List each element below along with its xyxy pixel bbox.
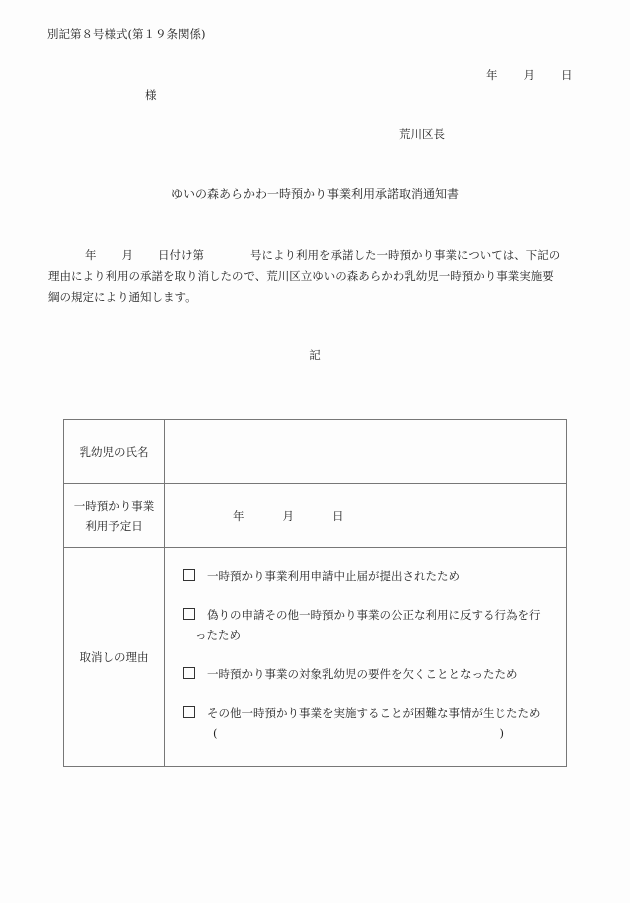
date-month: 月 [524,67,536,83]
date-day: 日 [561,67,573,83]
body-line-3: 綱の規定により通知します。 [48,287,588,308]
reason-option-2[interactable]: 偽りの申請その他一時預かり事業の公正な利用に反する行為を行 ったため [183,605,566,645]
addressee: 様 [145,87,157,103]
ki-heading: 記 [0,347,630,363]
other-reason-field[interactable]: () [183,723,566,743]
reason-option-1[interactable]: 一時預かり事業利用申請中止届が提出されたため [183,566,566,586]
issue-date: 年月日 [486,67,573,83]
checkbox-icon[interactable] [183,608,195,620]
form-table: 乳幼児の氏名 一時預かり事業 利用予定日 年月日 取消しの理由 一時預かり事業利… [63,419,567,767]
body-line-1: 年月日付け第号により利用を承諾した一時預かり事業については、下記の [48,245,588,266]
child-name-field[interactable] [165,420,567,484]
table-row-reason: 取消しの理由 一時預かり事業利用申請中止届が提出されたため 偽りの申請その他一時… [64,548,567,767]
form-number: 別記第８号様式(第１９条関係) [47,26,205,42]
body-line-2: 理由により利用の承諾を取り消したので、荒川区立ゆいの森あらかわ乳幼児一時預かり事… [48,266,588,287]
planned-date-month: 月 [283,508,295,524]
planned-date-day: 日 [332,508,344,524]
date-year: 年 [486,67,498,83]
table-row-child-name: 乳幼児の氏名 [64,420,567,484]
reason-options: 一時預かり事業利用申請中止届が提出されたため 偽りの申請その他一時預かり事業の公… [165,548,567,767]
reason-label: 取消しの理由 [64,548,165,767]
reason-option-3[interactable]: 一時預かり事業の対象乳幼児の要件を欠くこととなったため [183,664,566,684]
checkbox-icon[interactable] [183,667,195,679]
body-text: 年月日付け第号により利用を承諾した一時預かり事業については、下記の 理由により利… [48,245,588,308]
issuer: 荒川区長 [399,126,445,142]
planned-date-year: 年 [233,508,245,524]
reason-option-4[interactable]: その他一時預かり事業を実施することが困難な事情が生じたため () [183,703,566,743]
checkbox-icon[interactable] [183,706,195,718]
checkbox-icon[interactable] [183,569,195,581]
child-name-label: 乳幼児の氏名 [64,420,165,484]
planned-date-field[interactable]: 年月日 [165,484,567,548]
planned-date-label: 一時預かり事業 利用予定日 [64,484,165,548]
table-row-planned-date: 一時預かり事業 利用予定日 年月日 [64,484,567,548]
document-title: ゆいの森あらかわ一時預かり事業利用承諾取消通知書 [0,185,630,202]
